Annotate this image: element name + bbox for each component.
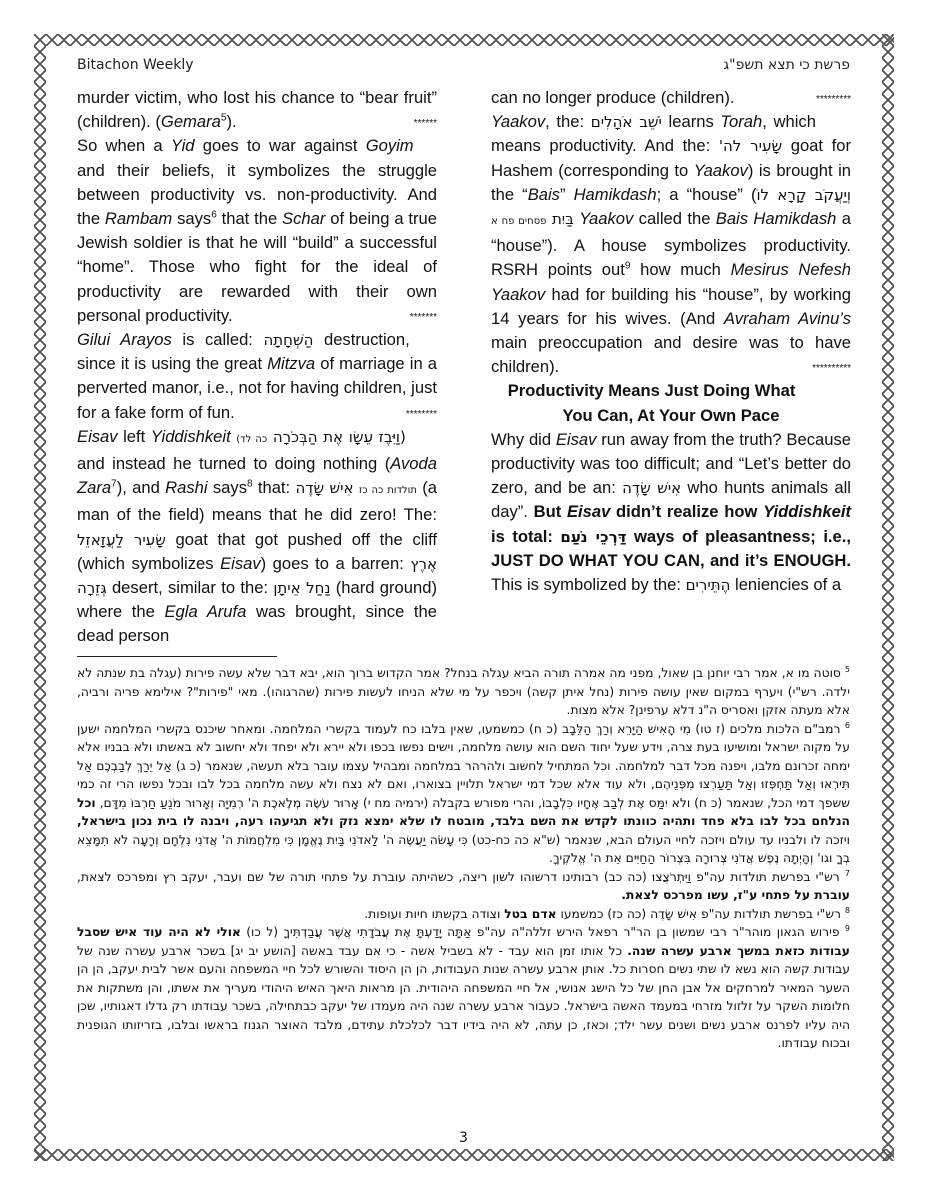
hebrew-term: דַּרְכֵי נֹעַם bbox=[560, 528, 626, 546]
section-separator: ********** bbox=[812, 355, 851, 381]
hebrew-term: שָׂעִיר לה' bbox=[719, 137, 782, 155]
border-right bbox=[882, 34, 894, 1161]
paragraph: So when a Yid goes to war against Goyim … bbox=[77, 134, 437, 328]
page-number: 3 bbox=[0, 1130, 927, 1146]
footnote: 9 פירוש הגאון מוהר"ר רבי שמשון בן הר"ר ר… bbox=[77, 923, 850, 1053]
section-separator: ********* bbox=[816, 86, 851, 112]
section-separator: ******* bbox=[410, 304, 437, 330]
footnote-separator bbox=[77, 656, 277, 657]
section-separator: ****** bbox=[414, 110, 437, 136]
paragraph: Yaakov, the: יֹשֵׁב אֹהָלִים learns Tora… bbox=[491, 110, 851, 379]
border-top bbox=[34, 34, 894, 46]
hebrew-term: הֶתֵּירִים bbox=[686, 576, 731, 594]
hebrew-term: אִישׁ שָׂדֶה bbox=[295, 479, 353, 497]
footnote: 5 סוטה מו א, אמר רבי יוחנן בן שאול, מפני… bbox=[77, 664, 850, 720]
right-column: can no longer produce (children).*******… bbox=[491, 86, 851, 597]
paragraph: Gilui Arayos is called: הַשְׁחָתָה destr… bbox=[77, 328, 437, 425]
hebrew-term: יֹשֵׁב אֹהָלִים bbox=[591, 113, 662, 131]
paragraph: murder victim, who lost his chance to “b… bbox=[77, 86, 437, 134]
hebrew-term: שָׂעִיר לַעֲזָאזֵל bbox=[77, 531, 166, 549]
footnote: 7 רש"י בפרשת תולדות עה"פ וַיִּתְרֹצֲצוּ … bbox=[77, 868, 850, 905]
hebrew-term: אִישׁ שָׂדֶה bbox=[622, 479, 681, 497]
border-left bbox=[34, 34, 46, 1161]
section-heading: Productivity Means Just Doing What You C… bbox=[491, 379, 851, 427]
paragraph: Eisav left Yiddishkeit (וַיִּבֶז עֵשָׂו … bbox=[77, 425, 437, 649]
footnote: 8 רש"י בפרשת תולדות עה"פ אִישׁ שָׂדֶה (כ… bbox=[77, 905, 850, 924]
border-bottom bbox=[34, 1149, 894, 1161]
footnotes: 5 סוטה מו א, אמר רבי יוחנן בן שאול, מפני… bbox=[77, 664, 850, 1053]
paragraph: Why did Eisav run away from the truth? B… bbox=[491, 428, 851, 597]
left-column: murder victim, who lost his chance to “b… bbox=[77, 86, 437, 649]
hebrew-term: נַחַל אֵיתָן bbox=[273, 579, 330, 597]
footnote: 6 רמב"ם הלכות מלכים (ז טו) מִי הָאִישׁ ה… bbox=[77, 720, 850, 868]
hebrew-quote: (וַיִּבֶז עֵשָׂו אֶת הַבְּכֹרָה כה לד) bbox=[236, 428, 406, 446]
publication-title: Bitachon Weekly bbox=[77, 57, 194, 73]
parsha-title: פרשת כי תצא תשפ"ג bbox=[723, 57, 850, 73]
section-separator: ******** bbox=[406, 401, 437, 427]
hebrew-term: הַשְׁחָתָה bbox=[264, 331, 314, 349]
paragraph: can no longer produce (children).*******… bbox=[491, 86, 851, 110]
